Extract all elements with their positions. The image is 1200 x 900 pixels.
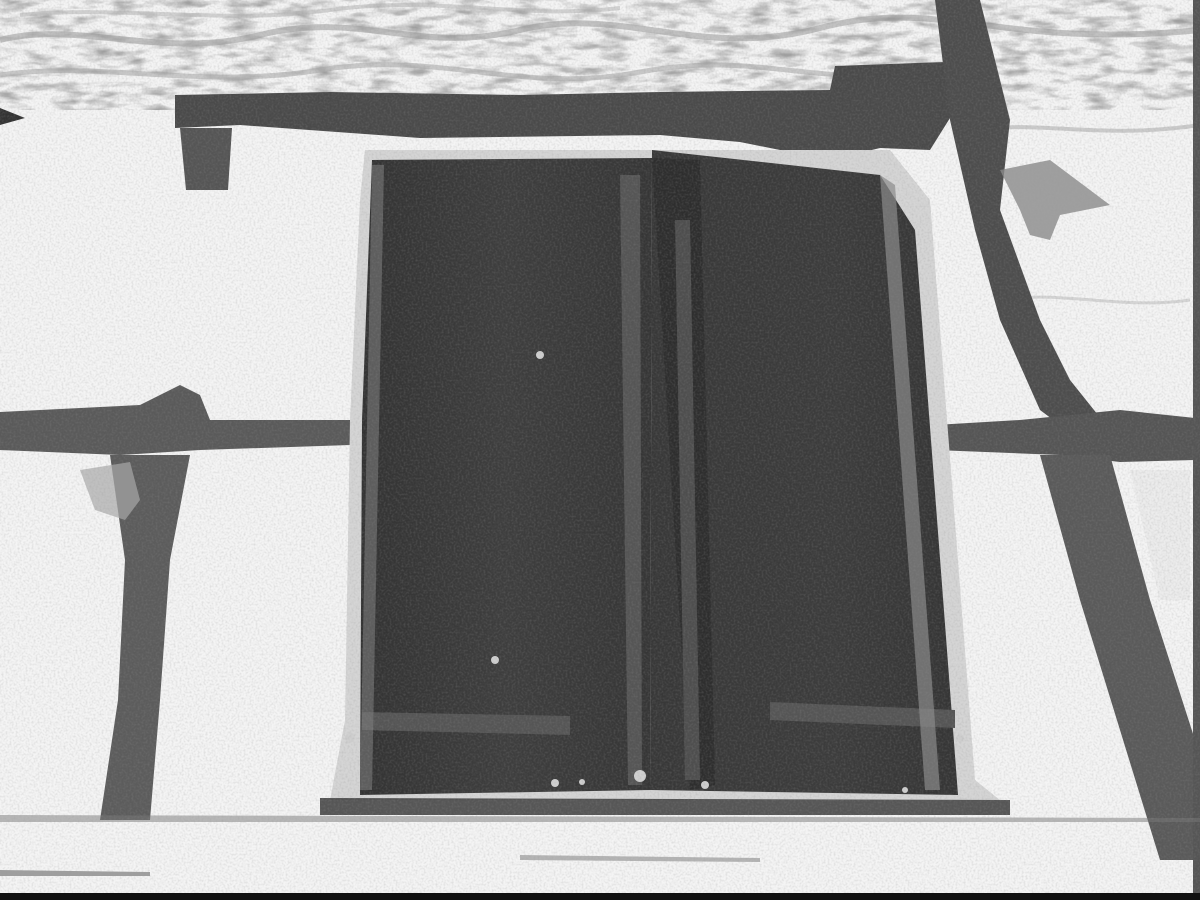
bottom-border [0,893,1200,900]
photograph: Black-and-white photograph of a window w… [0,0,1200,893]
window-scene [0,0,1200,893]
